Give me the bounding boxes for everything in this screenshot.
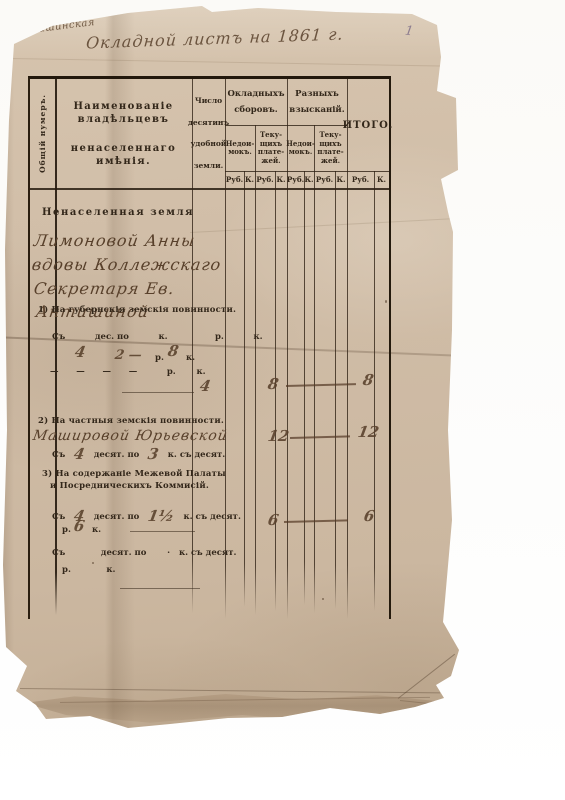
header-sub-tekush-2: Теку- щихъ плате- жей.: [314, 125, 347, 171]
table-gridline: [192, 79, 193, 613]
header-sub-line: мокъ.: [228, 148, 252, 157]
table-gridline: [255, 125, 256, 615]
header-land-line: удобной: [191, 139, 227, 149]
table-gridline: [347, 79, 348, 619]
section3-blank-line: [130, 531, 195, 532]
form-prefix: Съ: [52, 450, 65, 460]
form-mid: десят. по: [94, 512, 140, 522]
table-gridline: [225, 125, 347, 126]
section3-kop-label: к.: [92, 525, 101, 535]
table-gridline: [314, 125, 315, 613]
table-gridline: [304, 171, 305, 605]
header-itogo-label: ИТОГО.: [343, 120, 394, 131]
row1-itogo-value: 8: [361, 371, 375, 389]
form-mid: десят. по: [94, 450, 140, 460]
header-sub-line: жей.: [261, 157, 280, 166]
section3-rub-label: р.: [62, 525, 71, 535]
section3-hand-rate: 1½: [147, 507, 176, 525]
rub-header: Руб.: [287, 171, 304, 188]
header-group-oklad-line: сборовъ.: [234, 105, 278, 116]
table-gridline: [287, 79, 288, 619]
kop-header: К.: [304, 171, 314, 188]
row3-dash: [284, 519, 348, 523]
header-group-vzyskaniy: Разныхъ взысканій.: [287, 79, 347, 125]
kop-header: К.: [335, 171, 347, 188]
header-sub-nedoimok-2: Недои- мокъ.: [287, 125, 314, 171]
section2-hand-rate: 3: [147, 445, 161, 463]
owner-handwritten-line: вдовы Коллежскаго: [30, 253, 223, 276]
section1-hand-rate: 2 —: [114, 348, 143, 363]
header-general-number-label: Общій нумеръ.: [38, 94, 47, 173]
header-sub-nedoimok-1: Недои- мокъ.: [225, 125, 255, 171]
kop-header: К.: [244, 171, 255, 188]
table-gridline: [225, 79, 226, 619]
rub-header: Руб.: [255, 171, 275, 188]
kop-header: К.: [275, 171, 287, 188]
owner-handwritten-line: Лимоновой Анны: [32, 229, 197, 252]
header-sub-line: жей.: [321, 157, 340, 166]
section1-kop-label: к.: [186, 353, 195, 363]
header-owner-line1: Наименованіе владѣльцевъ: [55, 100, 192, 126]
header-land-line: десятинъ: [188, 118, 229, 128]
section2-form-row: Съ 4 десят. по 3 к. съ десят.: [52, 443, 225, 461]
owner-handwritten-line: Секретаря Ев.: [32, 277, 176, 300]
header-owner-column: Наименованіе владѣльцевъ ненаселеннаго и…: [55, 79, 192, 188]
section2-hand-desyatin: 4: [73, 445, 87, 463]
header-land-line: земли.: [194, 161, 224, 171]
paper-torn-strip: [24, 694, 444, 724]
row1-desyatin-value: 4: [198, 377, 212, 395]
table-gridline: [225, 171, 389, 172]
header-group-vzysk-line: Разныхъ: [295, 89, 339, 100]
row2-current-payment-value: 12: [266, 427, 290, 445]
section1-form-line: Съ дес. по к. р. к.: [52, 332, 263, 342]
row2-itogo-value: 12: [356, 423, 380, 441]
rub-header: Руб.: [347, 171, 374, 188]
form-suffix: к. съ десят.: [183, 512, 240, 522]
section4-form-line: Съ десят. по · к. съ десят.: [52, 548, 236, 558]
row2-dash: [290, 435, 350, 439]
header-sub-tekush-1: Теку- щихъ плате- жей.: [255, 125, 287, 171]
paper-sheet: Антишинская Окладной листъ на 1861 г. 1 …: [0, 0, 565, 800]
form-suffix: к. съ десят.: [168, 450, 225, 460]
rub-header: Руб.: [314, 171, 335, 188]
header-owner-line2: ненаселеннаго имѣнія.: [55, 142, 192, 168]
scan-background: Антишинская Окладной листъ на 1861 г. 1 …: [0, 0, 565, 800]
section1-hand-desyatin: 4: [73, 343, 87, 361]
header-sub-line: мокъ.: [289, 148, 313, 157]
section2-handwritten-note: Машировой Юрьевской: [32, 428, 230, 444]
rub-header: Руб.: [225, 171, 244, 188]
table-gridline: [55, 79, 57, 615]
section4-sum-underline: [120, 588, 200, 589]
section3-label-line1: 3) На содержаніе Межевой Палаты: [42, 469, 226, 479]
section1-rub-label: р.: [155, 353, 164, 363]
row3-current-payment-value: 6: [266, 511, 280, 529]
header-group-oklad: Окладныхъ сборовъ.: [225, 79, 287, 125]
section1-hand-amount: 8: [166, 342, 180, 360]
tax-assessment-table: Общій нумеръ. Наименованіе владѣльцевъ н…: [28, 76, 391, 619]
table-gridline: [374, 171, 375, 611]
section1-dash-line: — — — — р. к.: [50, 367, 206, 377]
section2-label: 2) На частныя земскія повинности.: [38, 416, 224, 426]
row1-dash: [286, 383, 356, 387]
section3-label-line2: и Посредническихъ Коммисій.: [50, 481, 209, 491]
section4-rub-kop-line: р. к.: [62, 565, 116, 575]
section3-hand-amount: 6: [72, 517, 86, 535]
estate-heading: Ненаселенная земля: [42, 207, 194, 218]
table-gridline: [335, 171, 336, 609]
header-land-column: Число десятинъ удобной земли.: [192, 79, 225, 188]
header-land-line: Число: [195, 96, 222, 106]
header-itogo: ИТОГО.: [347, 79, 389, 171]
row1-current-payment-value: 8: [266, 375, 280, 393]
header-group-vzysk-line: взысканій.: [289, 105, 344, 116]
header-general-number: Общій нумеръ.: [30, 79, 55, 188]
kop-header: К.: [374, 171, 389, 188]
form-prefix: Съ: [52, 512, 65, 522]
sum-underline: [122, 392, 194, 393]
header-group-oklad-line: Окладныхъ: [227, 89, 284, 100]
section1-label: 1) На губернскія земскія повинности.: [38, 305, 236, 315]
table-gridline: [244, 171, 245, 607]
